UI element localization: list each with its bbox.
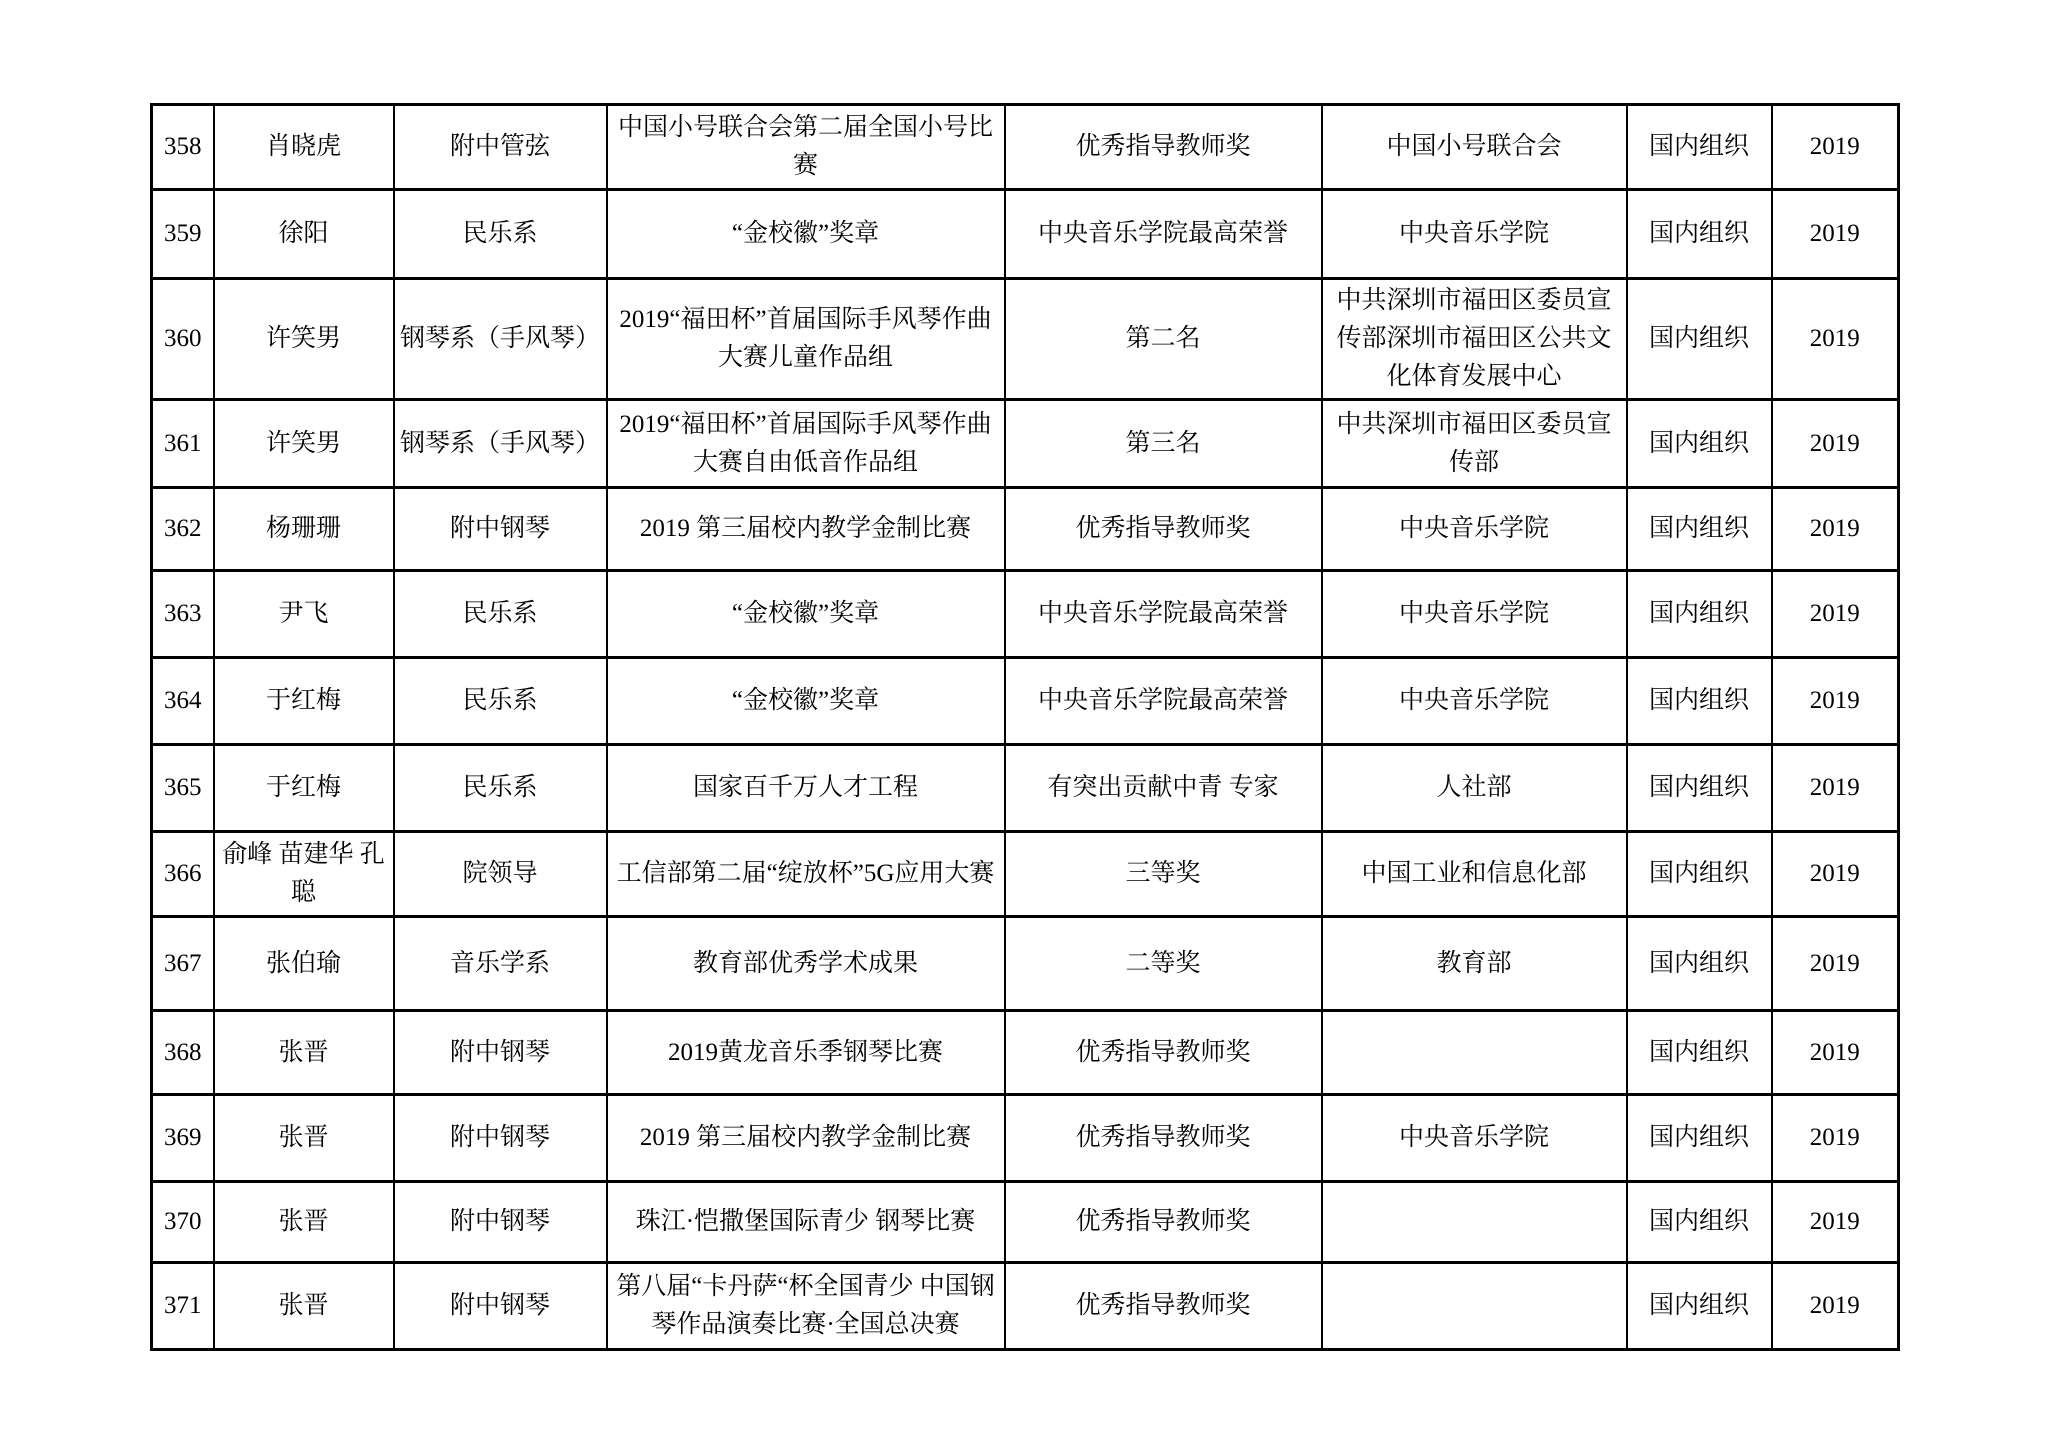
- cell-awarding-organization: 中央音乐学院: [1322, 488, 1627, 571]
- awards-table-body: 358肖晓虎附中管弦中国小号联合会第二届全国小号比赛优秀指导教师奖中国小号联合会…: [152, 105, 1899, 1350]
- cell-prize: 第二名: [1005, 279, 1322, 400]
- cell-org-type: 国内组织: [1627, 1182, 1772, 1263]
- cell-year: 2019: [1772, 1263, 1899, 1350]
- cell-name: 张晋: [214, 1011, 394, 1095]
- cell-serial: 367: [152, 917, 214, 1011]
- cell-year: 2019: [1772, 279, 1899, 400]
- cell-year: 2019: [1772, 1182, 1899, 1263]
- cell-award-name: 珠江·恺撒堡国际青少 钢琴比赛: [607, 1182, 1005, 1263]
- cell-org-type: 国内组织: [1627, 279, 1772, 400]
- cell-year: 2019: [1772, 658, 1899, 745]
- cell-department: 钢琴系（手风琴）: [394, 400, 607, 488]
- table-row: 366俞峰 苗建华 孔聪院领导工信部第二届“绽放杯”5G应用大赛三等奖中国工业和…: [152, 832, 1899, 917]
- cell-serial: 361: [152, 400, 214, 488]
- cell-awarding-organization: 人社部: [1322, 745, 1627, 832]
- cell-name: 许笑男: [214, 279, 394, 400]
- cell-name: 张晋: [214, 1095, 394, 1182]
- cell-department: 附中管弦: [394, 105, 607, 190]
- cell-prize: 优秀指导教师奖: [1005, 1182, 1322, 1263]
- cell-award-name: 第八届“卡丹萨“杯全国青少 中国钢琴作品演奏比赛·全国总决赛: [607, 1263, 1005, 1350]
- cell-name: 俞峰 苗建华 孔聪: [214, 832, 394, 917]
- cell-prize: 中央音乐学院最高荣誉: [1005, 571, 1322, 658]
- cell-serial: 369: [152, 1095, 214, 1182]
- cell-department: 音乐学系: [394, 917, 607, 1011]
- table-row: 359徐阳民乐系“金校徽”奖章中央音乐学院最高荣誉中央音乐学院国内组织2019: [152, 190, 1899, 279]
- cell-org-type: 国内组织: [1627, 745, 1772, 832]
- cell-name: 张晋: [214, 1182, 394, 1263]
- cell-department: 院领导: [394, 832, 607, 917]
- cell-org-type: 国内组织: [1627, 658, 1772, 745]
- cell-year: 2019: [1772, 571, 1899, 658]
- cell-year: 2019: [1772, 745, 1899, 832]
- cell-org-type: 国内组织: [1627, 488, 1772, 571]
- cell-prize: 有突出贡献中青 专家: [1005, 745, 1322, 832]
- cell-year: 2019: [1772, 917, 1899, 1011]
- cell-serial: 364: [152, 658, 214, 745]
- table-row: 370张晋附中钢琴珠江·恺撒堡国际青少 钢琴比赛优秀指导教师奖国内组织2019: [152, 1182, 1899, 1263]
- cell-serial: 363: [152, 571, 214, 658]
- cell-department: 附中钢琴: [394, 1182, 607, 1263]
- cell-prize: 优秀指导教师奖: [1005, 105, 1322, 190]
- cell-name: 张晋: [214, 1263, 394, 1350]
- table-row: 365于红梅民乐系国家百千万人才工程有突出贡献中青 专家人社部国内组织2019: [152, 745, 1899, 832]
- cell-name: 张伯瑜: [214, 917, 394, 1011]
- cell-org-type: 国内组织: [1627, 1011, 1772, 1095]
- cell-department: 民乐系: [394, 190, 607, 279]
- cell-awarding-organization: 中央音乐学院: [1322, 1095, 1627, 1182]
- cell-org-type: 国内组织: [1627, 832, 1772, 917]
- cell-award-name: 中国小号联合会第二届全国小号比赛: [607, 105, 1005, 190]
- cell-name: 肖晓虎: [214, 105, 394, 190]
- cell-org-type: 国内组织: [1627, 190, 1772, 279]
- cell-serial: 358: [152, 105, 214, 190]
- cell-year: 2019: [1772, 190, 1899, 279]
- cell-department: 民乐系: [394, 745, 607, 832]
- cell-award-name: “金校徽”奖章: [607, 571, 1005, 658]
- document-page: 358肖晓虎附中管弦中国小号联合会第二届全国小号比赛优秀指导教师奖中国小号联合会…: [0, 0, 2048, 1449]
- cell-prize: 中央音乐学院最高荣誉: [1005, 658, 1322, 745]
- cell-awarding-organization: 中央音乐学院: [1322, 571, 1627, 658]
- cell-award-name: 工信部第二届“绽放杯”5G应用大赛: [607, 832, 1005, 917]
- cell-awarding-organization: [1322, 1011, 1627, 1095]
- table-row: 368张晋附中钢琴2019黄龙音乐季钢琴比赛优秀指导教师奖国内组织2019: [152, 1011, 1899, 1095]
- cell-prize: 优秀指导教师奖: [1005, 1263, 1322, 1350]
- cell-award-name: 2019 第三届校内教学金制比赛: [607, 488, 1005, 571]
- cell-serial: 362: [152, 488, 214, 571]
- cell-awarding-organization: 中国工业和信息化部: [1322, 832, 1627, 917]
- cell-department: 附中钢琴: [394, 1263, 607, 1350]
- cell-award-name: 2019“福田杯”首届国际手风琴作曲大赛儿童作品组: [607, 279, 1005, 400]
- table-row: 367张伯瑜音乐学系教育部优秀学术成果二等奖教育部国内组织2019: [152, 917, 1899, 1011]
- cell-year: 2019: [1772, 105, 1899, 190]
- cell-org-type: 国内组织: [1627, 1095, 1772, 1182]
- table-row: 362杨珊珊附中钢琴2019 第三届校内教学金制比赛优秀指导教师奖中央音乐学院国…: [152, 488, 1899, 571]
- cell-org-type: 国内组织: [1627, 1263, 1772, 1350]
- cell-name: 于红梅: [214, 658, 394, 745]
- cell-org-type: 国内组织: [1627, 400, 1772, 488]
- cell-serial: 366: [152, 832, 214, 917]
- cell-department: 附中钢琴: [394, 488, 607, 571]
- cell-name: 杨珊珊: [214, 488, 394, 571]
- cell-serial: 365: [152, 745, 214, 832]
- cell-awarding-organization: [1322, 1263, 1627, 1350]
- cell-org-type: 国内组织: [1627, 105, 1772, 190]
- cell-awarding-organization: 中国小号联合会: [1322, 105, 1627, 190]
- cell-prize: 优秀指导教师奖: [1005, 488, 1322, 571]
- cell-awarding-organization: 中共深圳市福田区委员宣传部深圳市福田区公共文化体育发展中心: [1322, 279, 1627, 400]
- cell-name: 徐阳: [214, 190, 394, 279]
- cell-org-type: 国内组织: [1627, 917, 1772, 1011]
- cell-year: 2019: [1772, 1011, 1899, 1095]
- cell-awarding-organization: 中央音乐学院: [1322, 658, 1627, 745]
- cell-serial: 371: [152, 1263, 214, 1350]
- cell-serial: 359: [152, 190, 214, 279]
- cell-serial: 370: [152, 1182, 214, 1263]
- cell-department: 附中钢琴: [394, 1095, 607, 1182]
- cell-year: 2019: [1772, 400, 1899, 488]
- cell-prize: 优秀指导教师奖: [1005, 1011, 1322, 1095]
- cell-prize: 中央音乐学院最高荣誉: [1005, 190, 1322, 279]
- cell-prize: 第三名: [1005, 400, 1322, 488]
- cell-department: 民乐系: [394, 571, 607, 658]
- cell-awarding-organization: 中央音乐学院: [1322, 190, 1627, 279]
- cell-award-name: 2019“福田杯”首届国际手风琴作曲大赛自由低音作品组: [607, 400, 1005, 488]
- cell-awarding-organization: 中共深圳市福田区委员宣传部: [1322, 400, 1627, 488]
- cell-department: 民乐系: [394, 658, 607, 745]
- cell-prize: 二等奖: [1005, 917, 1322, 1011]
- table-row: 371张晋附中钢琴第八届“卡丹萨“杯全国青少 中国钢琴作品演奏比赛·全国总决赛优…: [152, 1263, 1899, 1350]
- table-row: 358肖晓虎附中管弦中国小号联合会第二届全国小号比赛优秀指导教师奖中国小号联合会…: [152, 105, 1899, 190]
- cell-award-name: 教育部优秀学术成果: [607, 917, 1005, 1011]
- table-row: 369张晋附中钢琴2019 第三届校内教学金制比赛优秀指导教师奖中央音乐学院国内…: [152, 1095, 1899, 1182]
- cell-year: 2019: [1772, 488, 1899, 571]
- cell-awarding-organization: 教育部: [1322, 917, 1627, 1011]
- cell-org-type: 国内组织: [1627, 571, 1772, 658]
- cell-serial: 360: [152, 279, 214, 400]
- cell-awarding-organization: [1322, 1182, 1627, 1263]
- cell-year: 2019: [1772, 832, 1899, 917]
- cell-serial: 368: [152, 1011, 214, 1095]
- cell-award-name: “金校徽”奖章: [607, 190, 1005, 279]
- cell-department: 附中钢琴: [394, 1011, 607, 1095]
- cell-award-name: 2019 第三届校内教学金制比赛: [607, 1095, 1005, 1182]
- cell-name: 尹飞: [214, 571, 394, 658]
- cell-name: 许笑男: [214, 400, 394, 488]
- cell-prize: 三等奖: [1005, 832, 1322, 917]
- cell-award-name: 国家百千万人才工程: [607, 745, 1005, 832]
- table-row: 361许笑男钢琴系（手风琴）2019“福田杯”首届国际手风琴作曲大赛自由低音作品…: [152, 400, 1899, 488]
- cell-year: 2019: [1772, 1095, 1899, 1182]
- cell-department: 钢琴系（手风琴）: [394, 279, 607, 400]
- awards-table: 358肖晓虎附中管弦中国小号联合会第二届全国小号比赛优秀指导教师奖中国小号联合会…: [150, 103, 1900, 1351]
- table-row: 363尹飞民乐系“金校徽”奖章中央音乐学院最高荣誉中央音乐学院国内组织2019: [152, 571, 1899, 658]
- table-row: 360许笑男钢琴系（手风琴）2019“福田杯”首届国际手风琴作曲大赛儿童作品组第…: [152, 279, 1899, 400]
- table-row: 364于红梅民乐系“金校徽”奖章中央音乐学院最高荣誉中央音乐学院国内组织2019: [152, 658, 1899, 745]
- cell-prize: 优秀指导教师奖: [1005, 1095, 1322, 1182]
- cell-award-name: “金校徽”奖章: [607, 658, 1005, 745]
- cell-award-name: 2019黄龙音乐季钢琴比赛: [607, 1011, 1005, 1095]
- cell-name: 于红梅: [214, 745, 394, 832]
